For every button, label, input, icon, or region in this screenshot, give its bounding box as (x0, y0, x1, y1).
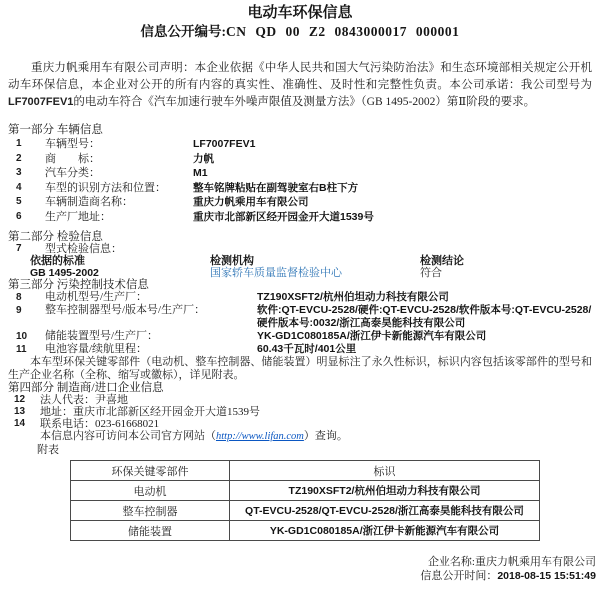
appendix-part-name: 整车控制器 (71, 501, 230, 521)
footer-publication-time: 信息公开时间：2018-08-15 15:51:49 (420, 570, 596, 584)
appendix-part-marking: YK-GD1C080185A/浙江伊卡新能源汽车有限公司 (230, 521, 540, 541)
row-value: TZ190XSFT2/杭州伯坦动力科技有限公司 (257, 291, 600, 304)
row-company-address: 13 地址：重庆市北部新区经开园金开大道1539号 (0, 406, 600, 418)
section2-heading: 第二部分 检验信息 (8, 231, 600, 243)
appendix-table: 环保关键零部件 标识 电动机 TZ190XSFT2/杭州伯坦动力科技有限公司 整… (70, 460, 540, 541)
row-number: 14 (0, 418, 40, 430)
row-factory-address: 6 生产厂地址： 重庆市北部新区经开园金开大道1539号 (0, 210, 600, 225)
row-value: YK-GD1C080185A/浙江伊卡新能源汽车有限公司 (257, 330, 600, 343)
appendix-row-motor: 电动机 TZ190XSFT2/杭州伯坦动力科技有限公司 (71, 481, 540, 501)
declaration-paragraph: 重庆力帆乘用车有限公司声明：本企业依据《中华人民共和国大气污染防治法》和生态环境… (8, 60, 592, 111)
publication-number: 信息公开编号:CN QD 00 Z2 0843000017 000001 (0, 24, 600, 40)
row-number: 2 (0, 152, 45, 167)
row-label: 生产厂地址： (45, 210, 193, 225)
row-label: 车型的识别方法和位置： (45, 181, 193, 196)
row-value: M1 (193, 166, 600, 181)
row-label: 车辆型号： (45, 137, 193, 152)
publication-number-code: CN QD 00 Z2 0843000017 000001 (226, 24, 459, 39)
row-text: 地址：重庆市北部新区经开园金开大道1539号 (40, 406, 600, 418)
lifan-website-link[interactable]: http://www.lifan.com (216, 431, 304, 442)
appendix-row-storage: 储能装置 YK-GD1C080185A/浙江伊卡新能源汽车有限公司 (71, 521, 540, 541)
row-contact-phone: 14 联系电话：023-61668021 (0, 418, 600, 430)
footer-time-value: 2018-08-15 15:51:49 (497, 570, 596, 582)
row-label: 型式检验信息： (45, 243, 193, 255)
row-text: 联系电话：023-61668021 (40, 418, 600, 430)
appendix-part-marking: TZ190XSFT2/杭州伯坦动力科技有限公司 (230, 481, 540, 501)
inspection-grid: 依据的标准 检测机构 检测结论 GB 1495-2002 国家轿车质量监督检验中… (30, 255, 600, 279)
row-id-method: 4 车型的识别方法和位置： 整车铭牌粘贴在副驾驶室右B柱下方 (0, 181, 600, 196)
appendix-header-row: 环保关键零部件 标识 (71, 461, 540, 481)
page-title: 电动车环保信息 (0, 0, 600, 22)
permanent-marking-note: 本车型环保关键零部件（电动机、整车控制器、储能装置）明显标注了永久性标识，标识内… (8, 356, 592, 382)
row-value: 力帆 (193, 152, 600, 167)
row-energy-storage: 10 储能装置型号/生产厂： YK-GD1C080185A/浙江伊卡新能源汽车有… (0, 330, 600, 343)
row-manufacturer-name: 5 车辆制造商名称： 重庆力帆乘用车有限公司 (0, 195, 600, 210)
row-vehicle-model: 1 车辆型号： LF7007FEV1 (0, 137, 600, 152)
row-label: 电池容量/续航里程： (45, 343, 257, 356)
row-number: 3 (0, 166, 45, 181)
row-number: 9 (0, 304, 45, 330)
appendix-part-marking: QT-EVCU-2528/QT-EVCU-2528/浙江高泰昊能科技有限公司 (230, 501, 540, 521)
section3-heading: 第三部分 污染控制技术信息 (8, 279, 600, 291)
website-suffix: ）查询。 (304, 430, 348, 442)
inspection-col-standard: 依据的标准 (30, 255, 210, 267)
row-number: 11 (0, 343, 45, 356)
appendix-part-name: 电动机 (71, 481, 230, 501)
row-label: 电动机型号/生产厂： (45, 291, 257, 304)
publication-number-label: 信息公开编号: (141, 24, 227, 39)
row-value: 重庆市北部新区经开园金开大道1539号 (193, 210, 600, 225)
row-value: 重庆力帆乘用车有限公司 (193, 195, 600, 210)
row-number: 5 (0, 195, 45, 210)
row-value: 软件:QT-EVCU-2528/硬件:QT-EVCU-2528/软件版本号:QT… (257, 304, 600, 330)
document-page: 电动车环保信息 信息公开编号:CN QD 00 Z2 0843000017 00… (0, 0, 600, 606)
row-legal-representative: 12 法人代表：尹喜地 (0, 394, 600, 406)
appendix-label: 附表 (37, 441, 59, 457)
vehicle-model-inline: LF7007FEV1 (8, 96, 73, 108)
row-vehicle-category: 3 汽车分类： M1 (0, 166, 600, 181)
inspection-standard-value: GB 1495-2002 (30, 267, 210, 279)
section4-heading: 第四部分 制造商/进口企业信息 (8, 382, 600, 394)
footer-company: 企业名称:重庆力帆乘用车有限公司 (420, 556, 596, 570)
row-number: 13 (0, 406, 40, 418)
row-label: 整车控制器型号/版本号/生产厂： (45, 304, 257, 330)
row-motor: 8 电动机型号/生产厂： TZ190XSFT2/杭州伯坦动力科技有限公司 (0, 291, 600, 304)
row-number: 12 (0, 394, 40, 406)
footer-time-label: 信息公开时间： (420, 570, 497, 582)
row-vehicle-controller: 9 整车控制器型号/版本号/生产厂： 软件:QT-EVCU-2528/硬件:QT… (0, 304, 600, 330)
official-website-line: 本信息内容可访问本公司官方网站（http://www.lifan.com）查询。 (0, 430, 600, 443)
row-value: 整车铭牌粘贴在副驾驶室右B柱下方 (193, 181, 600, 196)
row-type-inspection: 7 型式检验信息： (0, 243, 600, 255)
row-number: 8 (0, 291, 45, 304)
row-number: 10 (0, 330, 45, 343)
document-footer: 企业名称:重庆力帆乘用车有限公司 信息公开时间：2018-08-15 15:51… (420, 556, 596, 583)
row-value: LF7007FEV1 (193, 137, 600, 152)
row-number: 1 (0, 137, 45, 152)
row-label: 储能装置型号/生产厂： (45, 330, 257, 343)
row-number: 7 (0, 243, 45, 255)
website-prefix: 本信息内容可访问本公司官方网站（ (40, 430, 216, 442)
row-value: 60.43千瓦时/401公里 (257, 343, 600, 356)
declaration-part1: 重庆力帆乘用车有限公司声明：本企业依据《中华人民共和国大气污染防治法》和生态环境… (8, 62, 592, 91)
inspection-result-value: 符合 (420, 267, 600, 279)
row-number: 4 (0, 181, 45, 196)
appendix-part-name: 储能装置 (71, 521, 230, 541)
row-label: 车辆制造商名称： (45, 195, 193, 210)
inspection-agency-link[interactable]: 国家轿车质量监督检验中心 (210, 267, 420, 279)
appendix-header-part: 环保关键零部件 (71, 461, 230, 481)
row-label: 汽车分类： (45, 166, 193, 181)
row-text: 法人代表：尹喜地 (40, 394, 600, 406)
row-number: 6 (0, 210, 45, 225)
declaration-part2: 的电动车符合《汽车加速行驶车外噪声限值及测量方法》（GB 1495-2002）第… (73, 96, 535, 108)
appendix-header-marking: 标识 (230, 461, 540, 481)
appendix-row-controller: 整车控制器 QT-EVCU-2528/QT-EVCU-2528/浙江高泰昊能科技… (71, 501, 540, 521)
inspection-col-agency: 检测机构 (210, 255, 420, 267)
row-brand: 2 商 标： 力帆 (0, 152, 600, 167)
row-battery-range: 11 电池容量/续航里程： 60.43千瓦时/401公里 (0, 343, 600, 356)
inspection-col-result: 检测结论 (420, 255, 600, 267)
section1-heading: 第一部分 车辆信息 (8, 124, 600, 137)
row-label: 商 标： (45, 152, 193, 167)
